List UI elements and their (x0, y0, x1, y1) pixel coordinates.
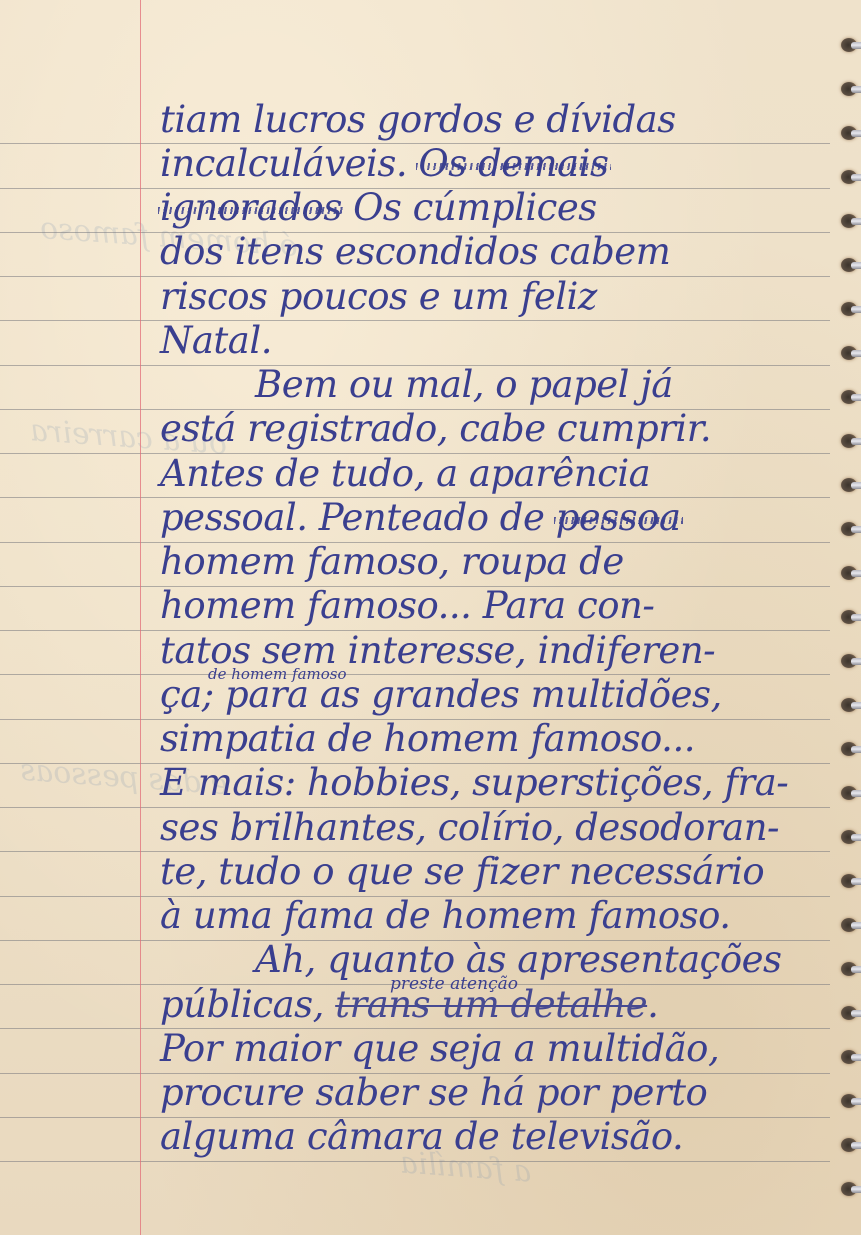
line-text: ça; para as grandes multidões, (160, 673, 722, 716)
text-line: procure saber se há por perto (160, 1071, 707, 1115)
text-line: Bem ou mal, o papel já (160, 363, 673, 407)
line-text: pessoal. Penteado de (160, 496, 544, 539)
line-text: Ah, quanto às apresentações (255, 938, 782, 981)
line-text: tiam lucros gordos e dívidas (160, 98, 676, 141)
spiral-binding (811, 0, 861, 1235)
line-text: riscos poucos e um feliz (160, 275, 597, 318)
crossed-out-text: pessoa (556, 496, 681, 540)
crossed-out-text: Os demais (418, 142, 608, 186)
line-text: Bem ou mal, o papel já (255, 363, 673, 406)
line-text: homem famoso, roupa de (160, 540, 624, 583)
line-text: dos itens escondidos cabem (160, 230, 670, 273)
line-text: incalculáveis. (160, 142, 407, 185)
text-line: está registrado, cabe cumprir. (160, 407, 711, 451)
line-text: te, tudo o que se fizer necessário (160, 850, 764, 893)
text-line: pessoal. Penteado de pessoa (160, 496, 681, 540)
line-text: simpatia de homem famoso... (160, 717, 695, 760)
line-text: públicas, (160, 983, 324, 1026)
line-text: homem famoso... Para con- (160, 584, 654, 627)
text-line: ça; para as grandes multidões, (160, 673, 722, 717)
text-line: simpatia de homem famoso... (160, 717, 695, 761)
text-line: ignorados Os cúmplices (160, 186, 597, 230)
notebook-page: ó homem famoso ou a carreira e das pesso… (0, 0, 861, 1235)
line-text: ses brilhantes, colírio, desodoran- (160, 806, 779, 849)
line-text: à uma fama de homem famoso. (160, 894, 730, 937)
text-line: homem famoso, roupa de (160, 540, 624, 584)
text-line: alguma câmara de televisão. (160, 1115, 683, 1159)
line-text: procure saber se há por perto (160, 1071, 707, 1114)
line-text: Por maior que seja a multidão, (160, 1027, 719, 1070)
text-line: ses brilhantes, colírio, desodoran- (160, 806, 779, 850)
line-text: . (647, 983, 658, 1026)
text-line: incalculáveis. Os demais (160, 142, 609, 186)
crossed-out-text: ignorados (160, 186, 342, 230)
text-line: à uma fama de homem famoso. (160, 894, 730, 938)
text-line: E mais: hobbies, superstições, fra- (160, 761, 788, 805)
text-line: te, tudo o que se fizer necessário (160, 850, 764, 894)
line-text: Antes de tudo, a aparência (160, 452, 650, 495)
text-line: tiam lucros gordos e dívidas (160, 98, 676, 142)
text-line: riscos poucos e um feliz (160, 275, 597, 319)
text-line: Antes de tudo, a aparência (160, 452, 650, 496)
line-text: Natal. (160, 319, 272, 362)
line-text: está registrado, cabe cumprir. (160, 407, 711, 450)
text-line: homem famoso... Para con- (160, 584, 654, 628)
text-line: públicas, trans um detalhe. (160, 983, 658, 1027)
crossed-out-text: trans um detalhe (335, 983, 647, 1026)
line-text: Os cúmplices (353, 186, 597, 229)
line-text: alguma câmara de televisão. (160, 1115, 683, 1158)
margin-line (140, 0, 141, 1235)
text-line: dos itens escondidos cabem (160, 230, 670, 274)
line-text: E mais: hobbies, superstições, fra- (160, 761, 788, 804)
text-line: Por maior que seja a multidão, (160, 1027, 719, 1071)
text-line: Natal. (160, 319, 272, 363)
